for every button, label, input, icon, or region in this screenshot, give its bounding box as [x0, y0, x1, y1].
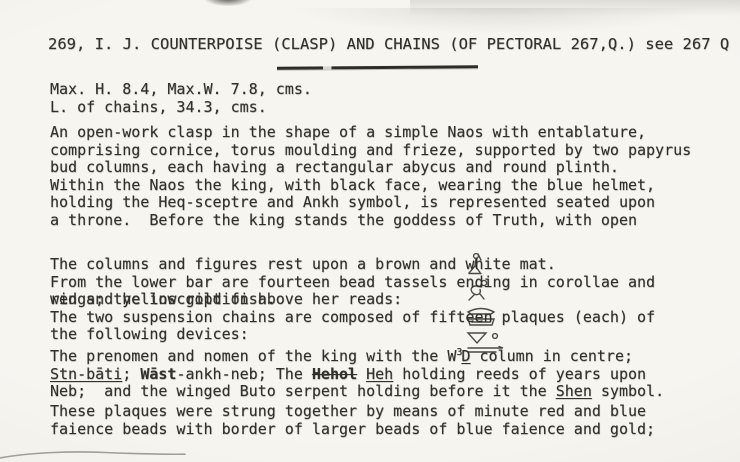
- paper-edge-line: [0, 442, 200, 462]
- struck-out-word: Hehol: [312, 365, 357, 383]
- typewritten-catalog-card: 269, I. J. COUNTERPOISE (CLASP) AND CHAI…: [0, 0, 740, 462]
- text-line: the following devices:: [50, 326, 664, 344]
- royal-names-line: Stn-bāti; Wāst-ankh-neb; The Hehol Heh h…: [50, 366, 664, 384]
- wadj-column-line: The prenomen and nomen of the king with …: [50, 344, 664, 366]
- text-line: comprising cornice, torus moulding and f…: [50, 142, 691, 160]
- text-line: The two suspension chains are composed o…: [50, 309, 664, 327]
- text-segment: holding reeds of years upon: [393, 365, 646, 383]
- text-segment: Neb; and the winged Buto serpent holding…: [50, 382, 556, 400]
- text-segment: ;: [122, 365, 140, 383]
- underlined-stn-bati: Stn-bāti: [50, 365, 122, 383]
- beads-paragraph: These plaques were strung together by me…: [50, 403, 655, 438]
- text-segment: The prenomen and nomen of the king with …: [50, 347, 456, 365]
- text-line: From the lower bar are fourteen bead tas…: [50, 274, 664, 292]
- text-line: faience beads with border of larger bead…: [50, 421, 655, 439]
- bold-wast: Wāst: [140, 365, 176, 383]
- text-segment: symbol.: [592, 382, 664, 400]
- underlined-heh: Heh: [366, 365, 393, 383]
- text-line: An open-work clasp in the shape of a sim…: [50, 124, 691, 142]
- dimension-line: L. of chains, 34.3, cms.: [50, 99, 312, 117]
- text-line: a throne. Before the king stands the god…: [50, 212, 691, 230]
- scan-smudge-top-mid: [290, 8, 710, 34]
- dimension-line: Max. H. 8.4, Max.W. 7.8, cms.: [50, 81, 312, 99]
- text-line: bud columns, each having a rectangular a…: [50, 159, 691, 177]
- text-segment: column in centre;: [470, 347, 633, 365]
- dimensions-block: Max. H. 8.4, Max.W. 7.8, cms. L. of chai…: [50, 81, 312, 116]
- text-segment: [357, 365, 366, 383]
- text-line: holding the Heq-sceptre and Ankh symbol,…: [50, 194, 691, 212]
- text-line: These plaques were strung together by me…: [50, 403, 655, 421]
- details-paragraph: The columns and figures rest upon a brow…: [50, 256, 664, 401]
- title-underline-rule: [277, 65, 478, 69]
- text-line: red and yellow gold fish.: [50, 291, 664, 309]
- scan-smudge-top: [204, 0, 252, 6]
- underlined-shen: Shen: [556, 382, 592, 400]
- text-line: The columns and figures rest upon a brow…: [50, 256, 664, 274]
- text-segment: -ankh-neb; The: [176, 365, 311, 383]
- document-title: 269, I. J. COUNTERPOISE (CLASP) AND CHAI…: [48, 36, 729, 54]
- buto-serpent-line: Neb; and the winged Buto serpent holding…: [50, 383, 664, 401]
- text-line: Within the Naos the king, with black fac…: [50, 177, 691, 195]
